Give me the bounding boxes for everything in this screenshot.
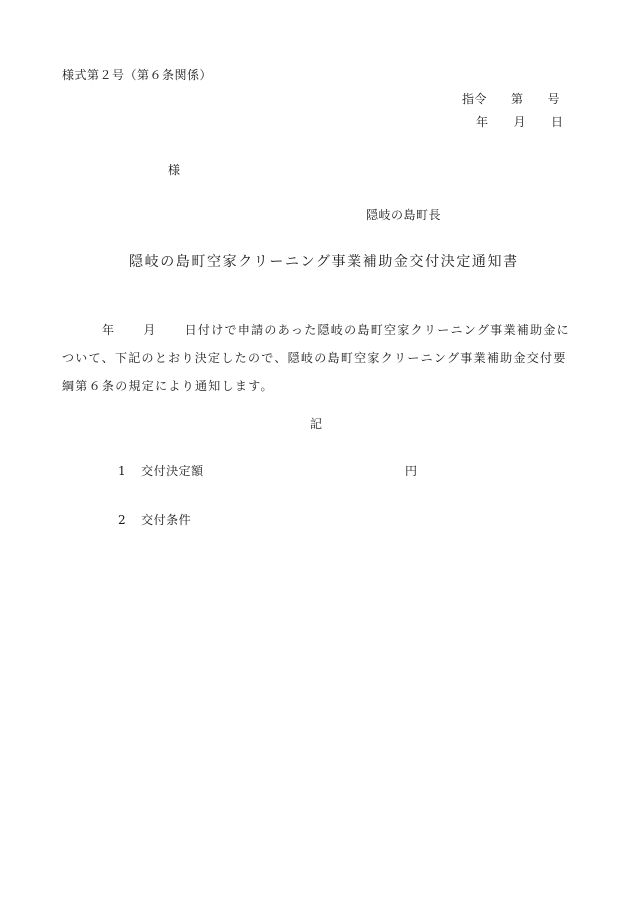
- item-label: 交付条件: [141, 513, 191, 527]
- item-number: 2: [118, 513, 126, 527]
- ref-go: 号: [548, 92, 561, 106]
- addressee: 様: [168, 163, 181, 177]
- body-line-2: ついて、下記のとおり決定したので、隠岐の島町空家クリーニング事業補助金交付要: [62, 344, 572, 372]
- form-label: 様式第２号（第６条関係）: [62, 68, 212, 82]
- date-day: 日: [551, 115, 564, 129]
- item-2: 2交付条件: [118, 513, 191, 527]
- body-line-3: 綱第６条の規定により通知します。: [62, 372, 572, 400]
- item-1-unit: 円: [405, 464, 418, 478]
- ref-dai: 第: [511, 92, 524, 106]
- item-number: 1: [118, 464, 126, 478]
- date-month: 月: [514, 115, 527, 129]
- item-1: 1交付決定額: [118, 464, 204, 478]
- ref-prefix: 指令: [462, 92, 487, 106]
- document-title: 隠岐の島町空家クリーニング事業補助金交付決定通知書: [129, 255, 519, 269]
- issue-date: 年月日: [476, 115, 564, 129]
- body-line-1: 年月日付けで申請のあった隠岐の島町空家クリーニング事業補助金に: [62, 316, 572, 344]
- body-paragraph: 年月日付けで申請のあった隠岐の島町空家クリーニング事業補助金に ついて、下記のと…: [62, 316, 572, 400]
- reference-number: 指令第号: [462, 92, 560, 106]
- date-year: 年: [476, 115, 489, 129]
- item-label: 交付決定額: [141, 464, 204, 478]
- issuer-name: 隠岐の島町長: [366, 208, 441, 222]
- ki-heading: 記: [310, 417, 323, 431]
